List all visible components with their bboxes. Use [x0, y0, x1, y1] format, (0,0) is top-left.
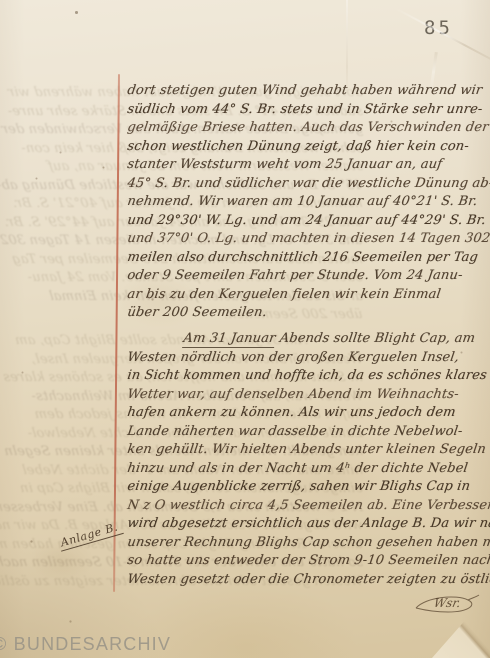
- handwriting-line: und 37°0' O. Lg. und machten in diesen 1…: [126, 230, 485, 249]
- handwriting-line: meilen also durchschnittlich 216 Seemeil…: [126, 249, 485, 268]
- handwriting-line: südlich vom 44° S. Br. stets und in Stär…: [126, 101, 485, 120]
- handwriting-line: und 29°30' W. Lg. und am 24 Januar auf 4…: [126, 212, 485, 231]
- paragraph-2-body: Westen nördlich von der großen Kerguelen…: [126, 349, 482, 590]
- manuscript-page: dort stetigen guten Wind gehabt haben wä…: [0, 0, 490, 658]
- handwriting-line: in Sicht kommen und hoffte ich, da es sc…: [126, 367, 485, 386]
- handwritten-text-block: dort stetigen guten Wind gehabt haben wä…: [126, 82, 482, 589]
- paper-crease: [346, 0, 348, 95]
- handwriting-line: Westen gesetzt oder die Chronometer zeig…: [126, 571, 485, 590]
- handwriting-line: Wetter war, auf denselben Abend im Weihn…: [126, 386, 485, 405]
- handwriting-line: hinzu und als in der Nacht um 4ʰ der dic…: [126, 460, 485, 479]
- paragraph-2: Am 31 Januar Abends sollte Blight Cap, a…: [126, 330, 482, 589]
- handwriting-line-heading: Am 31 Januar Abends sollte Blight Cap, a…: [126, 330, 485, 349]
- margin-rule-line: [113, 74, 120, 592]
- bundesarchiv-watermark: © BUNDESARCHIV: [0, 634, 171, 655]
- handwriting-line: dort stetigen guten Wind gehabt haben wä…: [126, 82, 485, 101]
- date-heading-underlined: Am 31 Januar: [182, 331, 276, 348]
- heading-line-rest: Abends sollte Blight Cap, am: [274, 331, 476, 346]
- handwriting-line: über 200 Seemeilen.: [126, 304, 485, 323]
- paper-specks: [0, 0, 1, 1]
- handwriting-line: unserer Rechnung Blighs Cap schon gesehe…: [126, 534, 485, 553]
- signature-text: Wsr.: [433, 596, 463, 610]
- handwriting-line: wird abgesetzt ersichtlich aus der Anlag…: [126, 515, 485, 534]
- handwriting-line: so hatte uns entweder der Strom 9-10 See…: [126, 552, 485, 571]
- handwriting-line: nehmend. Wir waren am 10 Januar auf 40°2…: [126, 193, 485, 212]
- handwriting-line: oder 9 Seemeilen Fahrt per Stunde. Vom 2…: [126, 267, 485, 286]
- handwriting-line: stanter Weststurm weht vom 25 Januar an,…: [126, 156, 485, 175]
- signature-flourish: Wsr.: [414, 592, 480, 618]
- handwriting-line: 45° S. Br. und südlicher war die westlic…: [126, 175, 485, 194]
- paragraph-1: dort stetigen guten Wind gehabt haben wä…: [126, 82, 482, 323]
- handwriting-line: hafen ankern zu können. Als wir uns jedo…: [126, 404, 485, 423]
- handwriting-line: schon westlichen Dünung zeigt, daß hier …: [126, 138, 485, 157]
- handwriting-line: Lande näherten war dasselbe in dichte Ne…: [126, 423, 485, 442]
- handwriting-line: ar bis zu den Kerguelen fielen wir kein …: [126, 286, 485, 305]
- handwriting-line: N z O westlich circa 4,5 Seemeilen ab. E…: [126, 497, 485, 516]
- handwriting-line: Westen nördlich von der großen Kerguelen…: [126, 349, 485, 368]
- page-number-stamp: 85: [424, 17, 453, 39]
- handwriting-line: ken gehüllt. Wir hielten Abends unter kl…: [126, 441, 485, 460]
- handwriting-line: einige Augenblicke zerriß, sahen wir Bli…: [126, 478, 485, 497]
- handwriting-line: gelmäßige Briese hatten. Auch das Versch…: [126, 119, 485, 138]
